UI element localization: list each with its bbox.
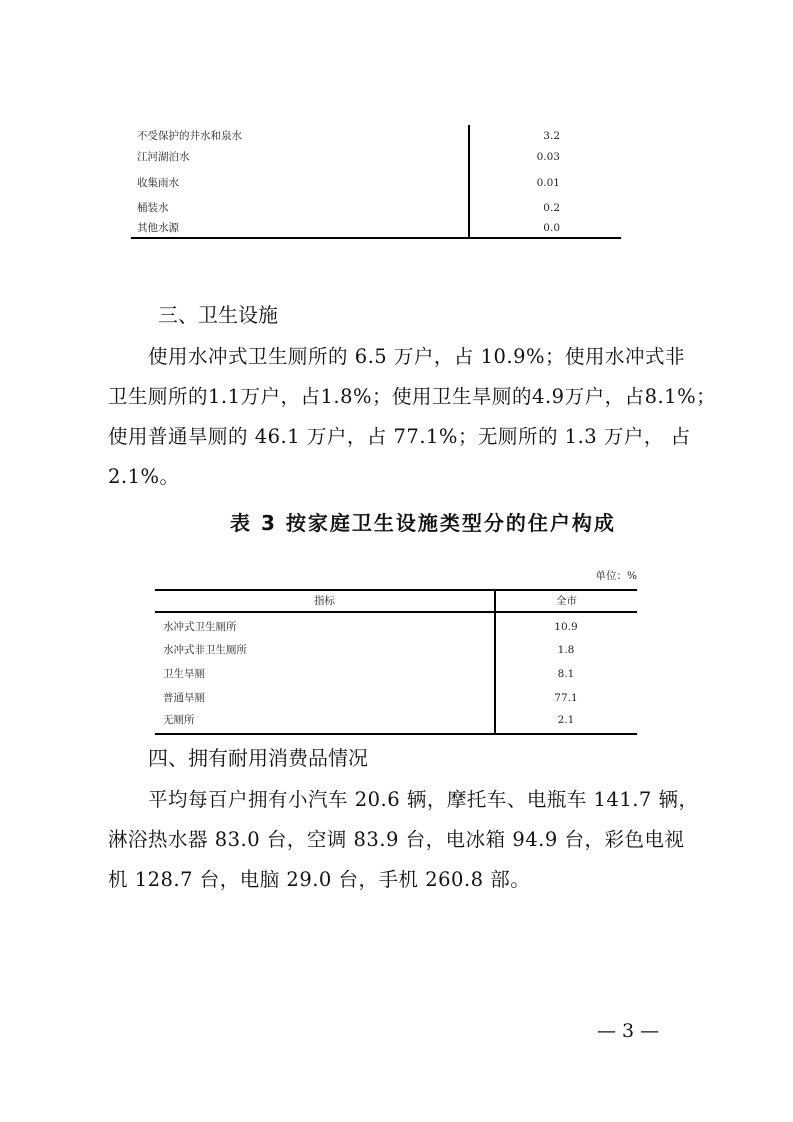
paragraph-line: 使用水冲式卫生厕所的 6.5 万户，占 10.9%；使用水冲式非 — [108, 337, 716, 377]
table-row: 普通旱厕 77.1 — [163, 687, 637, 709]
paragraph-line: 淋浴热水器 83.0 台，空调 83.9 台，电冰箱 94.9 台，彩色电视 — [108, 820, 699, 860]
row-label: 无厕所 — [163, 709, 195, 731]
row-value: 77.1 — [495, 687, 637, 709]
table-row: 卫生旱厕 8.1 — [163, 663, 637, 685]
table-bottom-rule — [155, 733, 637, 735]
column-header-indicator: 指标 — [155, 592, 494, 610]
paragraph-line: 2.1%。 — [108, 457, 716, 497]
row-value: 1.8 — [495, 639, 637, 661]
row-label: 收集雨水 — [137, 175, 179, 191]
paragraph-line: 卫生厕所的1.1万户，占1.8%；使用卫生旱厕的4.9万户，占8.1%； — [108, 377, 716, 417]
paragraph-line: 使用普通旱厕的 46.1 万户，占 77.1%；无厕所的 1.3 万户， 占 — [108, 417, 716, 457]
row-label: 卫生旱厕 — [163, 663, 205, 685]
table-row: 无厕所 2.1 — [163, 709, 637, 731]
table-row: 桶装水 0.2 — [137, 200, 617, 216]
table-top-rule — [155, 589, 637, 591]
row-value: 0.2 — [543, 200, 560, 216]
row-value: 0.01 — [537, 175, 560, 191]
table-row: 水冲式非卫生厕所 1.8 — [163, 639, 637, 661]
section-heading-sanitation: 三、卫生设施 — [158, 299, 278, 328]
section-heading-durables: 四、拥有耐用消费品情况 — [148, 742, 368, 771]
page-number: — 3 — — [597, 1020, 659, 1042]
table-header-rule — [155, 611, 637, 613]
durables-paragraph: 平均每百户拥有小汽车 20.6 辆，摩托车、电瓶车 141.7 辆， 淋浴热水器… — [108, 780, 699, 900]
table-row: 水冲式卫生厕所 10.9 — [163, 616, 637, 638]
table-row: 江河湖泊水 0.03 — [137, 149, 617, 165]
row-label: 桶装水 — [137, 200, 169, 216]
paragraph-line: 平均每百户拥有小汽车 20.6 辆，摩托车、电瓶车 141.7 辆， — [108, 780, 699, 820]
table-row: 收集雨水 0.01 — [137, 175, 617, 191]
row-label: 普通旱厕 — [163, 687, 205, 709]
column-header-city: 全市 — [496, 592, 637, 610]
table-bottom-rule — [131, 237, 621, 239]
row-label: 水冲式非卫生厕所 — [163, 639, 247, 661]
row-value: 10.9 — [495, 616, 637, 638]
row-value: 2.1 — [495, 709, 637, 731]
row-label: 其他水源 — [137, 220, 179, 236]
row-value: 0.0 — [543, 220, 560, 236]
sanitation-paragraph: 使用水冲式卫生厕所的 6.5 万户，占 10.9%；使用水冲式非 卫生厕所的1.… — [108, 337, 716, 497]
table-row: 其他水源 0.0 — [137, 220, 617, 236]
paragraph-line: 机 128.7 台，电脑 29.0 台，手机 260.8 部。 — [108, 860, 699, 900]
row-label: 水冲式卫生厕所 — [163, 616, 237, 638]
row-label: 不受保护的井水和泉水 — [137, 128, 242, 144]
row-value: 3.2 — [543, 128, 560, 144]
row-label: 江河湖泊水 — [137, 149, 190, 165]
row-value: 8.1 — [495, 663, 637, 685]
table-caption: 表 3 按家庭卫生设施类型分的住户构成 — [230, 507, 616, 536]
table-row: 不受保护的井水和泉水 3.2 — [137, 128, 617, 144]
row-value: 0.03 — [537, 149, 560, 165]
table-unit: 单位：% — [596, 568, 637, 583]
